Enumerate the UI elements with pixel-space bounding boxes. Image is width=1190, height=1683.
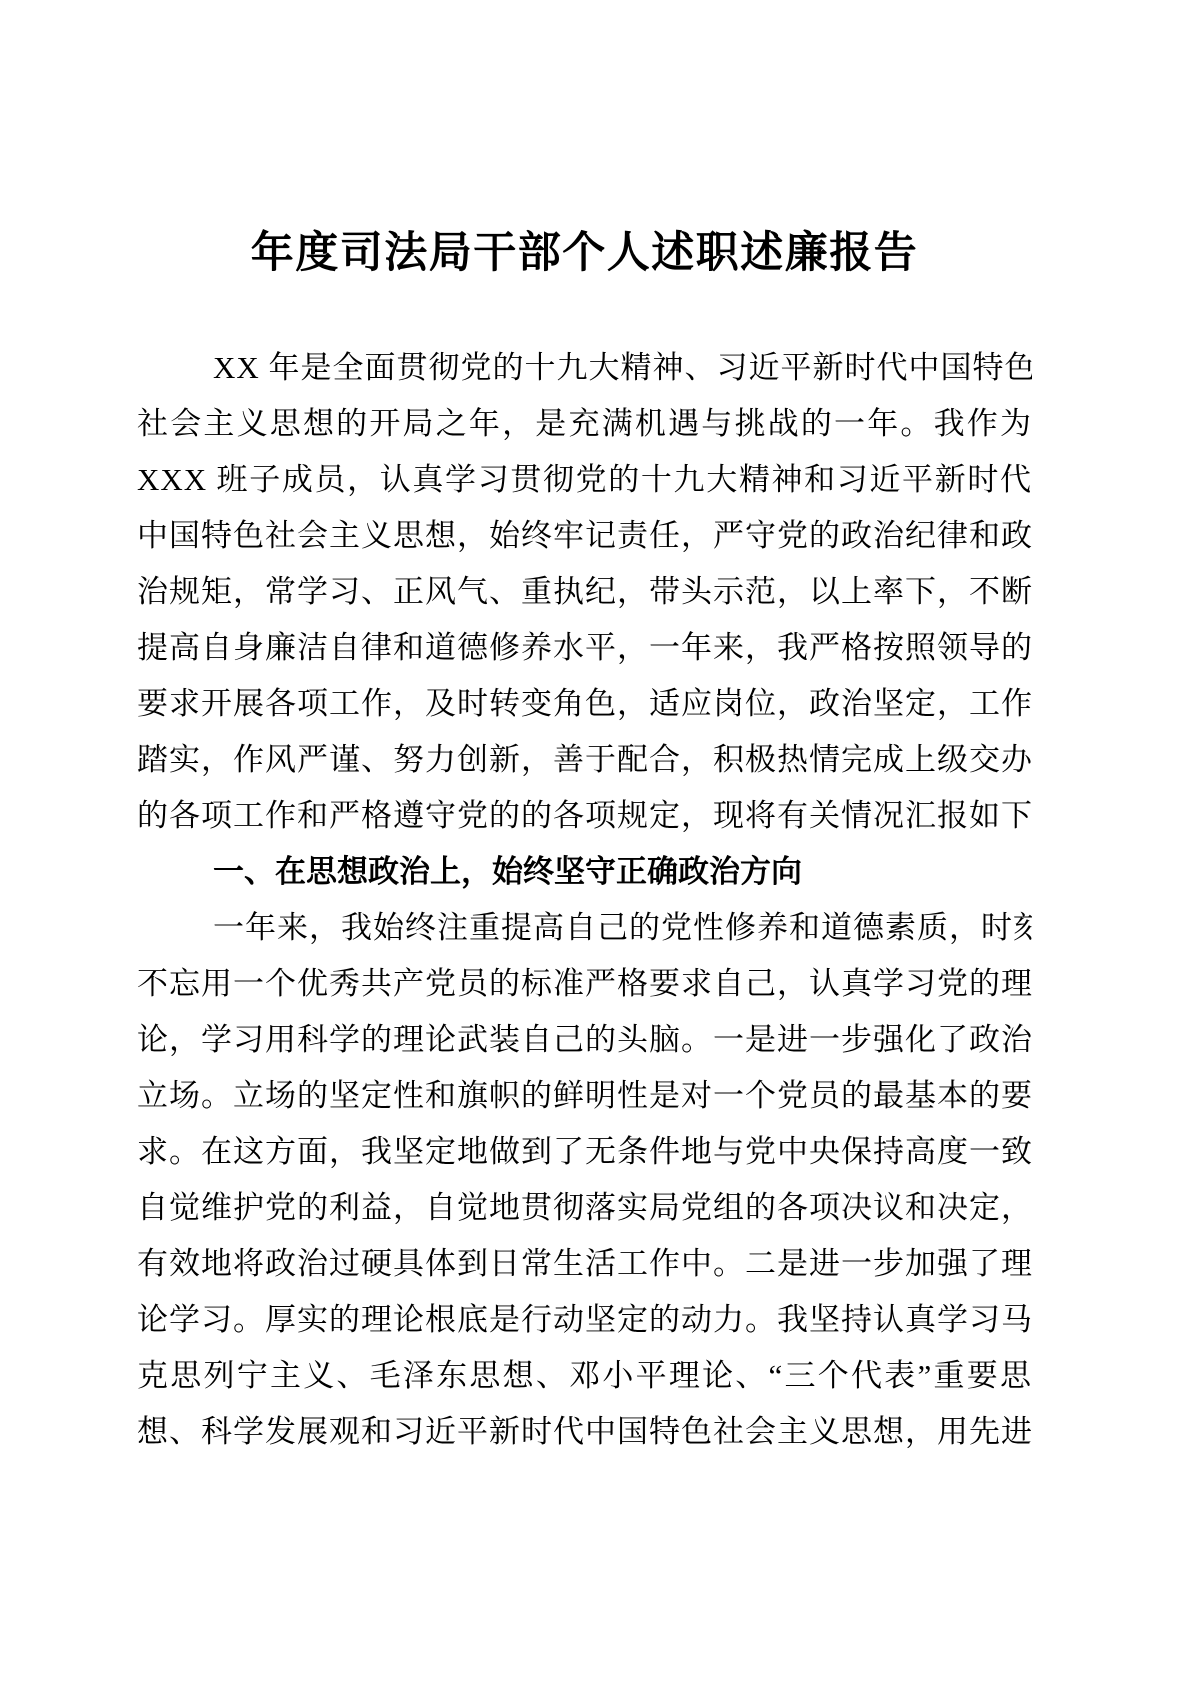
text-line: 想、科学发展观和习近平新时代中国特色社会主义思想，用先进 xyxy=(137,1404,1032,1460)
text-line: 求。在这方面，我坚定地做到了无条件地与党中央保持高度一致， xyxy=(137,1124,1032,1180)
text-line: XX 年是全面贯彻党的十九大精神、习近平新时代中国特色 xyxy=(137,340,1032,396)
section-heading-1: 一、在思想政治上，始终坚守正确政治方向 xyxy=(137,844,1032,900)
text-line: 论学习。厚实的理论根底是行动坚定的动力。我坚持认真学习马 xyxy=(137,1292,1032,1348)
document-title: 年度司法局干部个人述职述廉报告 xyxy=(137,230,1032,278)
text-line: 论，学习用科学的理论武装自己的头脑。一是进一步强化了政治 xyxy=(137,1012,1032,1068)
text-line: 立场。立场的坚定性和旗帜的鲜明性是对一个党员的最基本的要 xyxy=(137,1068,1032,1124)
text-line: 要求开展各项工作，及时转变角色，适应岗位，政治坚定，工作 xyxy=(137,676,1032,732)
text-line: 提高自身廉洁自律和道德修养水平，一年来，我严格按照领导的 xyxy=(137,620,1032,676)
text-line: 自觉维护党的利益，自觉地贯彻落实局党组的各项决议和决定， xyxy=(137,1180,1032,1236)
text-line: 中国特色社会主义思想，始终牢记责任，严守党的政治纪律和政 xyxy=(137,508,1032,564)
text-line: 的各项工作和严格遵守党的的各项规定，现将有关情况汇报如下： xyxy=(137,788,1032,844)
paragraph-2: 一年来，我始终注重提高自己的党性修养和道德素质，时刻 不忘用一个优秀共产党员的标… xyxy=(137,900,1032,1460)
text-line: 治规矩，常学习、正风气、重执纪，带头示范，以上率下，不断 xyxy=(137,564,1032,620)
text-line: 社会主义思想的开局之年，是充满机遇与挑战的一年。我作为 xyxy=(137,396,1032,452)
text-line: 有效地将政治过硬具体到日常生活工作中。二是进一步加强了理 xyxy=(137,1236,1032,1292)
text-line: 踏实，作风严谨、努力创新，善于配合，积极热情完成上级交办 xyxy=(137,732,1032,788)
text-line: 克思列宁主义、毛泽东思想、邓小平理论、“三个代表”重要思 xyxy=(137,1348,1032,1404)
text-line: XXX 班子成员，认真学习贯彻党的十九大精神和习近平新时代 xyxy=(137,452,1032,508)
text-line: 一年来，我始终注重提高自己的党性修养和道德素质，时刻 xyxy=(137,900,1032,956)
text-line: 不忘用一个优秀共产党员的标准严格要求自己，认真学习党的理 xyxy=(137,956,1032,1012)
document-page: 年度司法局干部个人述职述廉报告 XX 年是全面贯彻党的十九大精神、习近平新时代中… xyxy=(0,0,1190,1683)
paragraph-1: XX 年是全面贯彻党的十九大精神、习近平新时代中国特色 社会主义思想的开局之年，… xyxy=(137,340,1032,844)
